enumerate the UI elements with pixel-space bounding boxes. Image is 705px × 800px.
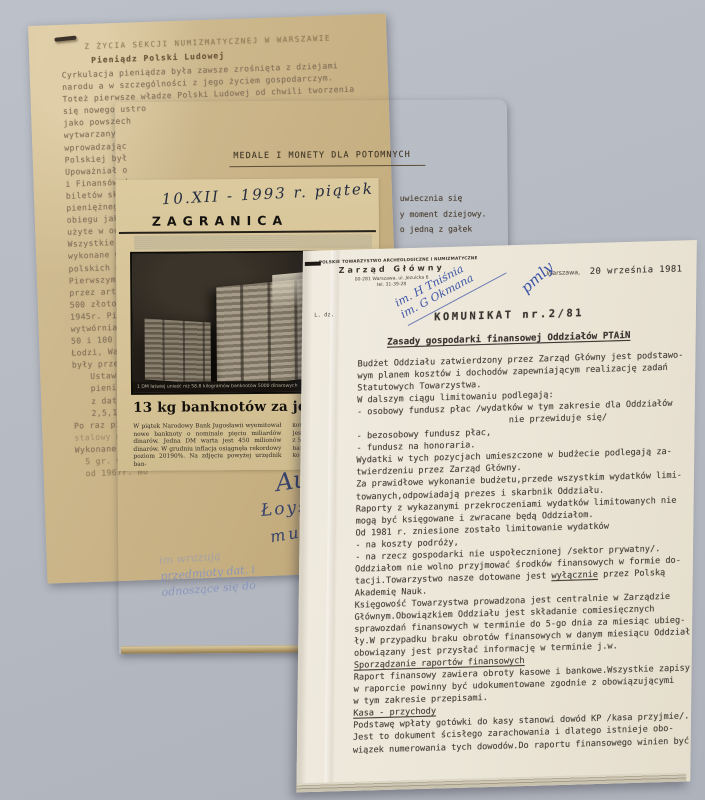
komunikat-subject-text: Zasady gospodarki finansowej Oddziałów P… bbox=[387, 330, 630, 348]
date-typed: 20 września 1981 bbox=[590, 264, 683, 277]
komunikat-subject: Zasady gospodarki finansowej Oddziałów P… bbox=[342, 329, 676, 349]
halftone-band bbox=[134, 234, 372, 250]
text-line: o jedną z gałek bbox=[400, 224, 487, 240]
text-line: uwiecznia się bbox=[400, 193, 487, 209]
medale-title-underline bbox=[229, 165, 425, 168]
clipping-column-1: W piątek Narodowy Bank Jugosławii wyemit… bbox=[133, 423, 281, 470]
komunikat-title: KOMUNIKAT nr.2/81 bbox=[342, 305, 676, 326]
photo-of-documents: { "doc_tan": { "title_faded": "Z ŻYCIA S… bbox=[0, 0, 705, 800]
letterhead-logo-dash bbox=[305, 262, 321, 266]
tan-doc-title-faded: Z ŻYCIA SEKCJI NUMIZMATYCZNEJ W WARSZAWI… bbox=[29, 31, 387, 52]
typed-fragments: uwiecznia sięy moment dziejowy.o jedną z… bbox=[400, 193, 487, 240]
text-line: y moment dziejowy. bbox=[400, 209, 487, 225]
faint-pencil-notes: im wrazująprzedmioty dat. iodnoszące się… bbox=[159, 546, 257, 601]
ink-scribble-3: mu bbox=[269, 522, 303, 546]
medale-title: MEDALE I MONETY DLA POTOMNYCH bbox=[233, 150, 410, 161]
komunikat-body: Budżet Oddziału zatwierdzony przez Zarzą… bbox=[353, 350, 696, 757]
staple-icon bbox=[54, 36, 76, 42]
city-date: Warszawa, 20 września 1981 bbox=[546, 256, 682, 279]
document-komunikat: POLSKIE TOWARZYSTWO ARCHEOLOGICZNE I NUM… bbox=[296, 240, 696, 792]
section-header: ZAGRANICA bbox=[152, 213, 288, 229]
banknote-stack-left bbox=[144, 318, 210, 383]
ldz-label: L. dz. bbox=[314, 312, 334, 319]
